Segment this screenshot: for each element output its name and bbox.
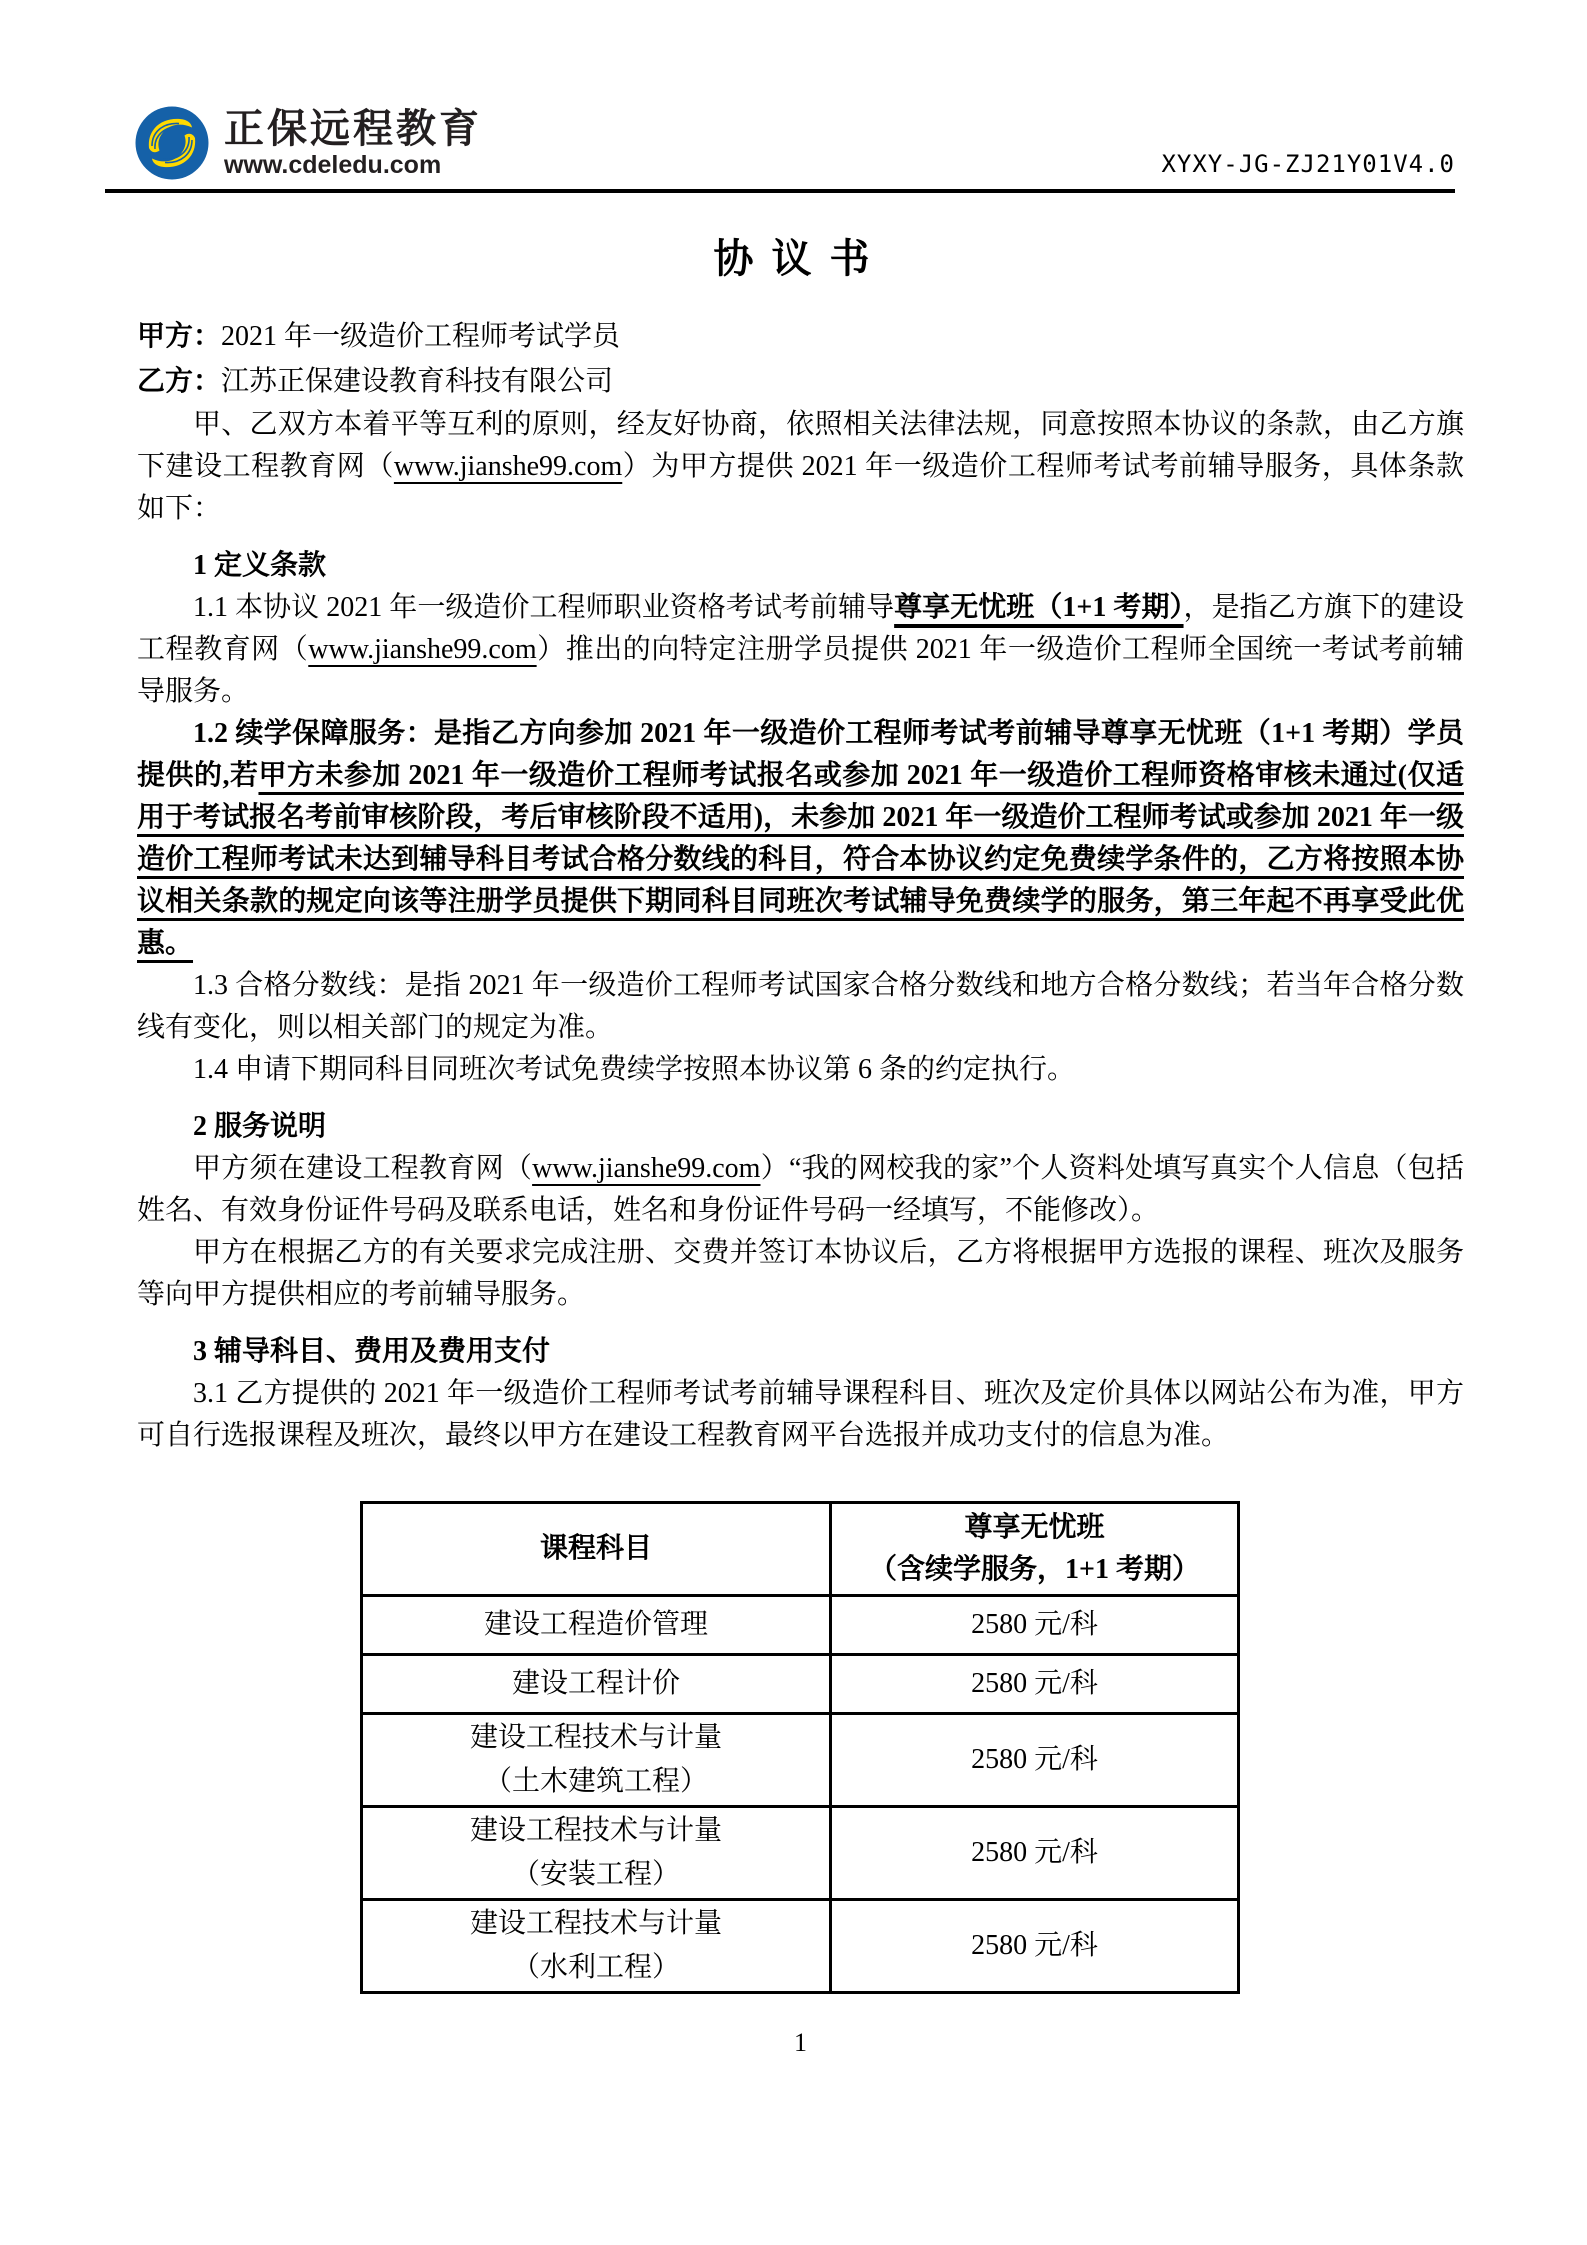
- clause-1-1: 1.1 本协议 2021 年一级造价工程师职业资格考试考前辅导尊享无忧班（1+1…: [137, 587, 1464, 713]
- fee-table: 课程科目 尊享无忧班 （含续学服务，1+1 考期） 建设工程造价管理 2580 …: [360, 1501, 1240, 1994]
- subject-cell: 建设工程技术与计量 （水利工程）: [362, 1900, 831, 1993]
- logo-swirl-icon: [135, 106, 209, 180]
- table-row: 建设工程技术与计量 （安装工程） 2580 元/科: [362, 1807, 1239, 1900]
- section-2-heading: 2 服务说明: [137, 1106, 1464, 1148]
- subject-column-header: 课程科目: [362, 1503, 831, 1596]
- clause-1-2: 1.2 续学保障服务：是指乙方向参加 2021 年一级造价工程师考试考前辅导尊享…: [137, 713, 1464, 965]
- jianshe99-link[interactable]: www.jianshe99.com: [394, 451, 622, 482]
- clause-1-2-underlined: 甲方未参加 2021 年一级造价工程师考试报名或参加 2021 年一级造价工程师…: [137, 760, 1464, 959]
- subject-line1: 建设工程技术与计量: [363, 1902, 829, 1946]
- table-row: 建设工程技术与计量 （土木建筑工程） 2580 元/科: [362, 1714, 1239, 1807]
- subject-cell: 建设工程造价管理: [362, 1596, 831, 1655]
- agreement-page: 正保远程教育 www.cdeledu.com XYXY-JG-ZJ21Y01V4…: [0, 0, 1587, 2245]
- section-3-heading: 3 辅导科目、费用及费用支付: [137, 1331, 1464, 1373]
- fee-table-header-row: 课程科目 尊享无忧班 （含续学服务，1+1 考期）: [362, 1503, 1239, 1596]
- price-cell: 2580 元/科: [831, 1714, 1239, 1807]
- table-row: 建设工程技术与计量 （水利工程） 2580 元/科: [362, 1900, 1239, 1993]
- clause-2-1: 甲方须在建设工程教育网（www.jianshe99.com）“我的网校我的家”个…: [137, 1148, 1464, 1232]
- subject-cell: 建设工程计价: [362, 1655, 831, 1714]
- section-1-heading: 1 定义条款: [137, 545, 1464, 587]
- subject-line1: 建设工程技术与计量: [363, 1809, 829, 1853]
- page-header: 正保远程教育 www.cdeledu.com XYXY-JG-ZJ21Y01V4…: [105, 0, 1455, 193]
- premium-class-highlight: 尊享无忧班（1+1 考期）: [894, 592, 1183, 623]
- clause-1-3: 1.3 合格分数线：是指 2021 年一级造价工程师考试国家合格分数线和地方合格…: [137, 965, 1464, 1049]
- subject-cell: 建设工程技术与计量 （安装工程）: [362, 1807, 831, 1900]
- price-column-header: 尊享无忧班 （含续学服务，1+1 考期）: [831, 1503, 1239, 1596]
- subject-line2: （安装工程）: [363, 1853, 829, 1897]
- clause-3-1: 3.1 乙方提供的 2021 年一级造价工程师考试考前辅导课程科目、班次及定价具…: [137, 1373, 1464, 1457]
- subject-line1: 建设工程技术与计量: [363, 1716, 829, 1760]
- subject-line2: （土木建筑工程）: [363, 1760, 829, 1804]
- party-b-line: 乙方：江苏正保建设教育科技有限公司: [137, 359, 1462, 404]
- contract-body: 甲、乙双方本着平等互利的原则，经友好协商，依照相关法律法规，同意按照本协议的条款…: [137, 404, 1464, 2058]
- table-row: 建设工程计价 2580 元/科: [362, 1655, 1239, 1714]
- clause-1-4: 1.4 申请下期同科目同班次考试免费续学按照本协议第 6 条的约定执行。: [137, 1049, 1464, 1091]
- intro-paragraph: 甲、乙双方本着平等互利的原则，经友好协商，依照相关法律法规，同意按照本协议的条款…: [137, 404, 1464, 530]
- page-number: 1: [137, 2028, 1464, 2058]
- party-b-value: 江苏正保建设教育科技有限公司: [221, 366, 613, 397]
- jianshe99-link[interactable]: www.jianshe99.com: [308, 634, 536, 665]
- party-a-label: 甲方：: [137, 321, 221, 352]
- parties-block: 甲方：2021 年一级造价工程师考试学员 乙方：江苏正保建设教育科技有限公司: [137, 314, 1462, 404]
- price-cell: 2580 元/科: [831, 1900, 1239, 1993]
- subject-cell: 建设工程技术与计量 （土木建筑工程）: [362, 1714, 831, 1807]
- logo-website: www.cdeledu.com: [224, 151, 482, 180]
- logo-text: 正保远程教育 www.cdeledu.com: [224, 107, 482, 180]
- document-code: XYXY-JG-ZJ21Y01V4.0: [1161, 150, 1455, 178]
- table-row: 建设工程造价管理 2580 元/科: [362, 1596, 1239, 1655]
- clause-2-1-text-1: 甲方须在建设工程教育网（: [193, 1153, 532, 1184]
- party-a-value: 2021 年一级造价工程师考试学员: [221, 321, 620, 352]
- party-b-label: 乙方：: [137, 366, 221, 397]
- jianshe99-link[interactable]: www.jianshe99.com: [532, 1153, 760, 1184]
- logo-title: 正保远程教育: [224, 107, 482, 151]
- price-cell: 2580 元/科: [831, 1596, 1239, 1655]
- price-header-line1: 尊享无忧班: [832, 1507, 1237, 1549]
- cdeledu-logo: 正保远程教育 www.cdeledu.com: [135, 106, 482, 180]
- price-header-line2: （含续学服务，1+1 考期）: [832, 1549, 1237, 1591]
- price-cell: 2580 元/科: [831, 1807, 1239, 1900]
- clause-1-1-text-1: 1.1 本协议 2021 年一级造价工程师职业资格考试考前辅导: [193, 592, 894, 623]
- document-title: 协 议 书: [0, 227, 1587, 284]
- subject-line2: （水利工程）: [363, 1946, 829, 1990]
- party-a-line: 甲方：2021 年一级造价工程师考试学员: [137, 314, 1462, 359]
- clause-2-2: 甲方在根据乙方的有关要求完成注册、交费并签订本协议后，乙方将根据甲方选报的课程、…: [137, 1232, 1464, 1316]
- price-cell: 2580 元/科: [831, 1655, 1239, 1714]
